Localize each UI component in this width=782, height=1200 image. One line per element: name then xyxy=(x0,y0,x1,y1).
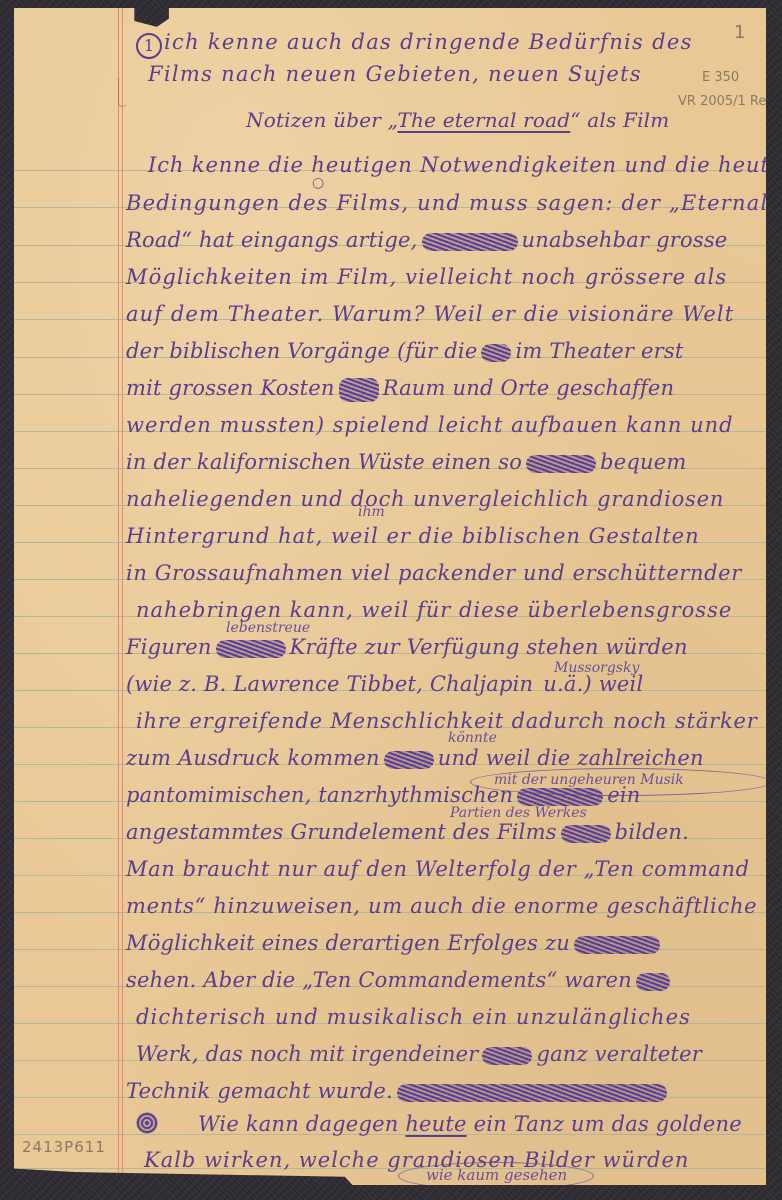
body-line: (wie z. B. Lawrence Tibbet, Chaljapinu.ä… xyxy=(126,672,643,696)
body-line: mit grossen KostenRaum und Orte geschaff… xyxy=(126,376,674,402)
body-text: unabsehbar grosse xyxy=(522,228,728,252)
crossed-out-word xyxy=(526,455,596,473)
body-text: und weil die zahlreichen xyxy=(438,746,704,770)
body-line: Hintergrund hat, weil er die biblischen … xyxy=(126,524,700,548)
shelf-mark-vr: VR 2005/1 Re xyxy=(678,94,766,109)
body-line: ments“ hinzuweisen, um auch die enorme g… xyxy=(126,894,757,918)
body-line: angestammtes Grundelement des Filmsbilde… xyxy=(126,820,689,844)
body-text: Figuren xyxy=(126,635,212,659)
body-text: Technik gemacht wurde. xyxy=(126,1079,393,1103)
body-text: angestammtes Grundelement des Films xyxy=(126,820,557,844)
title-work: The eternal road xyxy=(397,108,570,132)
body-line: zum Ausdruck kommenund weil die zahlreic… xyxy=(126,746,704,770)
insert-above-er: ihm xyxy=(358,504,385,520)
body-text: der biblischen Vorgänge (für die xyxy=(126,339,477,363)
body-text: ein Tanz um das goldene xyxy=(474,1112,742,1136)
punch-mark xyxy=(118,78,127,107)
crossed-out-word xyxy=(384,751,434,769)
body-text: ganz veralteter xyxy=(536,1042,702,1066)
body-line: auf dem Theater. Warum? Weil er die visi… xyxy=(126,302,734,326)
crossed-out-word xyxy=(216,640,286,658)
body-line: pantomimischen, tanzrhythmischenein xyxy=(126,783,640,807)
body-text: in der kalifornischen Wüste einen so xyxy=(126,450,522,474)
margin-line-left xyxy=(118,8,119,1185)
insert-above-kommen: könnte xyxy=(448,730,497,746)
body-text: bequem xyxy=(600,450,686,474)
body-line: Möglichkeit eines derartigen Erfolges zu xyxy=(126,931,664,955)
crossed-out-word xyxy=(482,1047,532,1065)
body-text: Kräfte zur Verfügung stehen würden xyxy=(290,635,688,659)
page-number: 1 xyxy=(734,22,745,43)
crossed-out-word xyxy=(636,973,670,991)
insert-below-last-line: wie kaum gesehen xyxy=(426,1166,567,1184)
body-text: (wie z. B. Lawrence Tibbet, Chaljapin xyxy=(126,672,533,696)
crossed-out-word xyxy=(561,825,611,843)
crossed-out-word xyxy=(574,936,660,954)
body-line: in Grossaufnahmen viel packender und ers… xyxy=(126,561,742,585)
body-line: werden mussten) spielend leicht aufbauen… xyxy=(126,413,734,437)
insert-marker: ○ xyxy=(312,175,324,191)
crossed-out-word xyxy=(517,788,603,806)
header-note-line-2: Films nach neuen Gebieten, neuen Sujets xyxy=(148,62,642,86)
body-line: der biblischen Vorgänge (für dieim Theat… xyxy=(126,339,684,363)
note-marker-circle: 1 xyxy=(136,33,162,59)
body-line: Road“ hat eingangs artige,unabsehbar gro… xyxy=(126,228,727,252)
body-text-underlined: heute xyxy=(405,1112,466,1136)
body-line: dichterisch und musikalisch ein unzuläng… xyxy=(136,1005,691,1029)
body-line: Bedingungen des Films, und muss sagen: d… xyxy=(126,191,768,215)
body-text: zum Ausdruck kommen xyxy=(126,746,380,770)
body-text: bilden. xyxy=(615,820,689,844)
body-line: ihre ergreifende Menschlichkeit dadurch … xyxy=(136,709,758,733)
title-suffix: “ als Film xyxy=(570,108,669,132)
body-line: Möglichkeiten im Film, vielleicht noch g… xyxy=(126,265,727,289)
crossed-out-phrase xyxy=(397,1084,667,1102)
title-prefix: Notizen über „ xyxy=(246,108,397,132)
body-line: Werk, das noch mit irgendeinerganz veral… xyxy=(136,1042,702,1066)
header-note-line-1: ich kenne auch das dringende Bedürfnis d… xyxy=(164,30,693,54)
body-text: Road“ hat eingangs artige, xyxy=(126,228,418,252)
body-line: Technik gemacht wurde. xyxy=(126,1079,671,1103)
body-text: Möglichkeit eines derartigen Erfolges zu xyxy=(126,931,570,955)
insert-above-figuren: lebenstreue xyxy=(226,620,310,636)
margin-line-right xyxy=(122,8,123,1185)
insert-oval-lower: Partien des Werkes xyxy=(450,805,587,821)
body-text: ein xyxy=(607,783,640,807)
manuscript-page: 1 E 350 VR 2005/1 Re 2413P611 1 ich kenn… xyxy=(14,8,766,1185)
crossed-out-word xyxy=(339,378,379,402)
document-title: Notizen über „The eternal road“ als Film xyxy=(246,108,669,132)
crossed-out-mark xyxy=(136,1112,158,1134)
body-text: im Theater erst xyxy=(515,339,683,363)
body-line: Wie kann dagegen heute ein Tanz um das g… xyxy=(198,1112,742,1136)
body-line: FigurenKräfte zur Verfügung stehen würde… xyxy=(126,635,688,659)
body-line: in der kalifornischen Wüste einen sobequ… xyxy=(126,450,686,474)
body-text: pantomimischen, tanzrhythmischen xyxy=(126,783,513,807)
crossed-out-word xyxy=(481,344,511,362)
body-line: naheliegenden und doch unvergleichlich g… xyxy=(126,487,724,511)
body-text: Wie kann dagegen xyxy=(198,1112,398,1136)
body-text: Werk, das noch mit irgendeiner xyxy=(136,1042,478,1066)
shelf-mark-e350: E 350 xyxy=(702,70,739,85)
body-line: Ich kenne die heutigen Notwendigkeiten u… xyxy=(148,153,782,177)
body-text: sehen. Aber die „Ten Commandements“ ware… xyxy=(126,968,632,992)
body-text: Raum und Orte geschaffen xyxy=(383,376,675,400)
body-line: sehen. Aber die „Ten Commandements“ ware… xyxy=(126,968,674,992)
body-line: Man braucht nur auf den Welterfolg der „… xyxy=(126,857,750,881)
crossed-out-word xyxy=(422,233,518,251)
body-text: u.ä.) weil xyxy=(543,672,643,696)
inventory-number: 2413P611 xyxy=(22,1138,106,1156)
body-line: nahebringen kann, weil für diese überleb… xyxy=(136,598,732,622)
body-text: mit grossen Kosten xyxy=(126,376,335,400)
